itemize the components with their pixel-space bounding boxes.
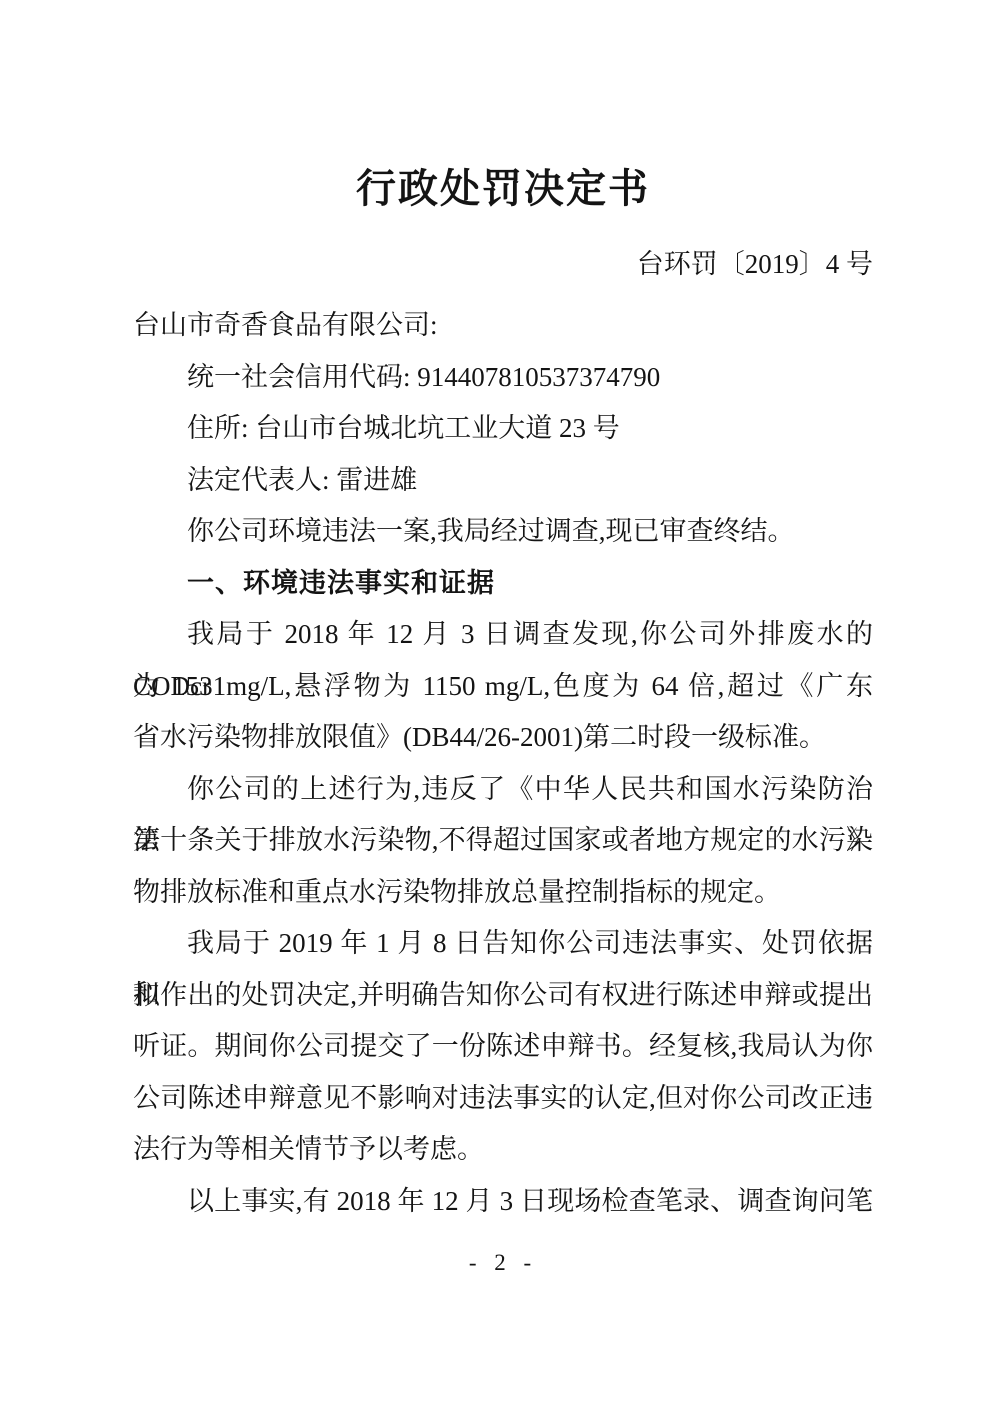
body-line: 法行为等相关情节予以考虑。 — [133, 1124, 873, 1176]
credit-code-line: 统一社会信用代码: 914407810537374790 — [133, 352, 873, 404]
body-line: 以上事实,有 2018 年 12 月 3 日现场检查笔录、调查询问笔 — [133, 1176, 873, 1228]
body-line: 物排放标准和重点水污染物排放总量控制指标的规定。 — [133, 867, 873, 919]
doc-number: 台环罚〔2019〕4 号 — [133, 246, 873, 282]
body-line: 公司陈述申辩意见不影响对违法事实的认定,但对你公司改正违 — [133, 1073, 873, 1125]
section-heading: 一、环境违法事实和证据 — [133, 558, 873, 610]
body-line: 拟作出的处罚决定,并明确告知你公司有权进行陈述申辩或提出 — [133, 970, 873, 1022]
document-title: 行政处罚决定书 — [133, 164, 873, 214]
recipient-line: 台山市奇香食品有限公司: — [133, 300, 873, 352]
body-line: 为 1531mg/L,悬浮物为 1150 mg/L,色度为 64 倍,超过《广东 — [133, 661, 873, 713]
body-line: 你公司的上述行为,违反了《中华人民共和国水污染防治法》 — [133, 764, 873, 816]
body-line: 听证。期间你公司提交了一份陈述申辩书。经复核,我局认为你 — [133, 1021, 873, 1073]
body-line: 我局于 2019 年 1 月 8 日告知你公司违法事实、处罚依据和 — [133, 918, 873, 970]
document-page: 行政处罚决定书 台环罚〔2019〕4 号 台山市奇香食品有限公司: 统一社会信用… — [0, 0, 992, 1403]
page-number: - 2 - — [133, 1248, 873, 1278]
document-body: 台山市奇香食品有限公司: 统一社会信用代码: 91440781053737479… — [133, 300, 873, 1227]
legal-representative-line: 法定代表人: 雷进雄 — [133, 455, 873, 507]
body-line: 省水污染物排放限值》(DB44/26-2001)第二时段一级标准。 — [133, 712, 873, 764]
body-line: 我局于 2018 年 12 月 3 日调查发现,你公司外排废水的 CODcr — [133, 609, 873, 661]
address-line: 住所: 台山市台城北坑工业大道 23 号 — [133, 403, 873, 455]
case-summary-line: 你公司环境违法一案,我局经过调查,现已审查终结。 — [133, 506, 873, 558]
body-line: 第十条关于排放水污染物,不得超过国家或者地方规定的水污染 — [133, 815, 873, 867]
